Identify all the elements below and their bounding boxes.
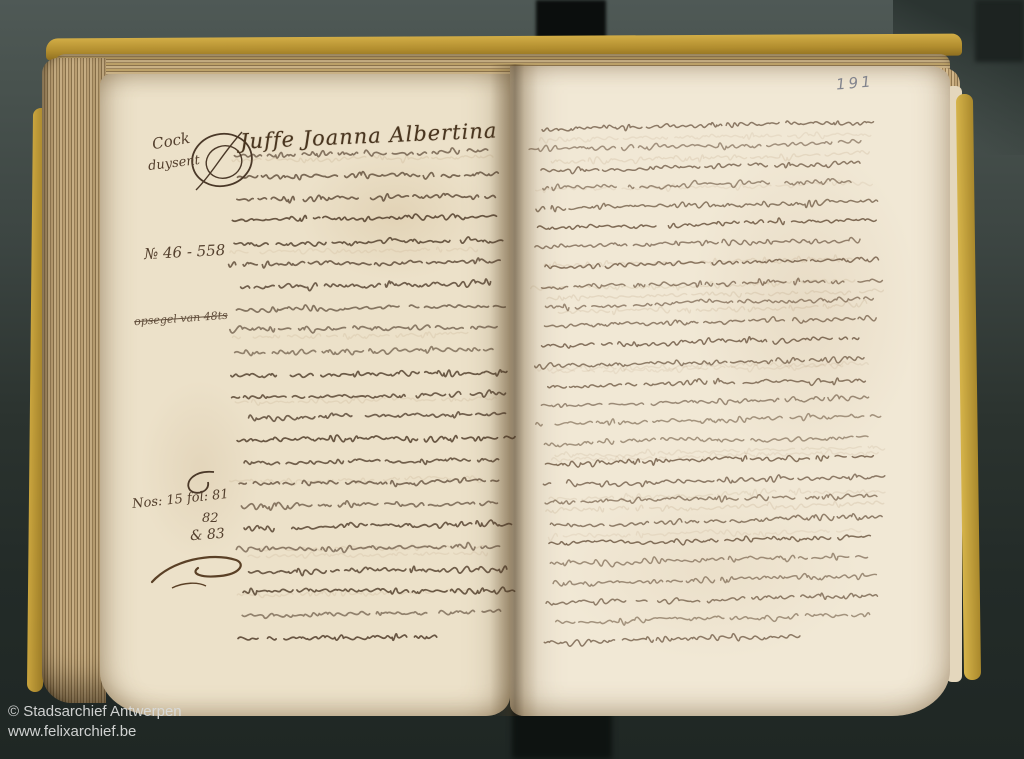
- right-page-handwriting: [526, 116, 886, 664]
- left-page-handwriting: [225, 144, 511, 652]
- margin-note-nos-line3: & 83: [189, 526, 225, 544]
- page-edge-stack-left: [42, 58, 106, 703]
- margin-note-nos-line2: 82: [202, 511, 219, 526]
- watermark: © Stadsarchief Antwerpen www.felixarchie…: [8, 702, 182, 742]
- archive-photo: Juffe Joanna Albertina Cock duysent № 46…: [0, 0, 1024, 759]
- watermark-line-2: www.felixarchief.be: [8, 722, 182, 742]
- background-dark-patch: [975, 0, 1024, 62]
- pencil-folio-number: 191: [835, 72, 874, 93]
- watermark-line-1: © Stadsarchief Antwerpen: [8, 702, 182, 722]
